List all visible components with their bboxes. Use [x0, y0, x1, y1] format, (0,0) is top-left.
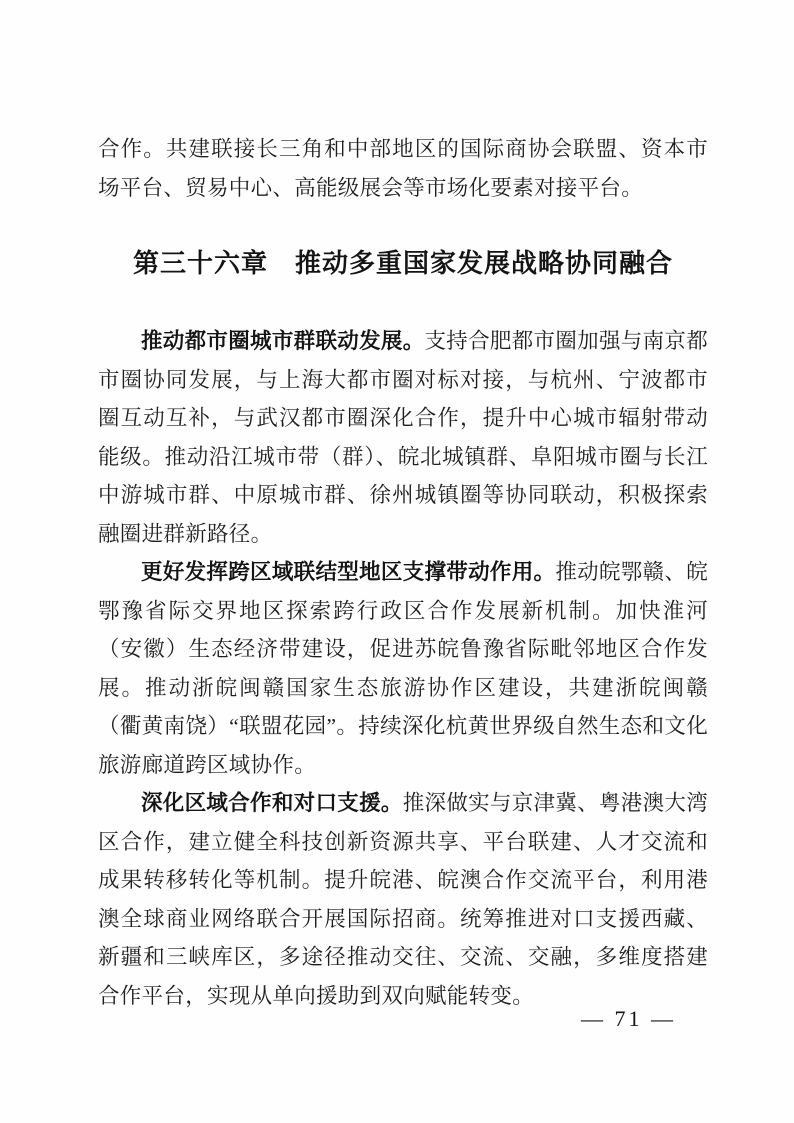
paragraph-cross-region: 更好发挥跨区域联结型地区支撑带动作用。推动皖鄂赣、皖鄂豫省际交界地区探索跨行政区… — [98, 553, 708, 784]
paragraph-metro-circles-text: 支持合肥都市圈加强与南京都市圈协同发展，与上海大都市圈对标对接，与杭州、宁波都市… — [98, 329, 708, 546]
content-area: 合作。共建联接长三角和中部地区的国际商协会联盟、资本市场平台、贸易中心、高能级展… — [98, 130, 708, 1015]
paragraph-cooperation-support-lead: 深化区域合作和对口支援。 — [141, 791, 403, 815]
chapter-heading: 第三十六章 推动多重国家发展战略协同融合 — [98, 242, 708, 284]
chapter-body: 推动都市圈城市群联动发展。支持合肥都市圈加强与南京都市圈协同发展，与上海大都市圈… — [98, 322, 708, 1015]
paragraph-cooperation-support-text: 推深做实与京津冀、粤港澳大湾区合作，建立健全科技创新资源共享、平台联建、人才交流… — [98, 791, 708, 1008]
continuation-paragraph: 合作。共建联接长三角和中部地区的国际商协会联盟、资本市场平台、贸易中心、高能级展… — [98, 130, 708, 207]
page-number: — 71 — — [581, 1006, 676, 1032]
paragraph-cross-region-lead: 更好发挥跨区域联结型地区支撑带动作用。 — [141, 560, 555, 584]
document-page: 合作。共建联接长三角和中部地区的国际商协会联盟、资本市场平台、贸易中心、高能级展… — [0, 0, 794, 1123]
paragraph-cooperation-support: 深化区域合作和对口支援。推深做实与京津冀、粤港澳大湾区合作，建立健全科技创新资源… — [98, 784, 708, 1015]
paragraph-cross-region-text: 推动皖鄂赣、皖鄂豫省际交界地区探索跨行政区合作发展新机制。加快淮河（安徽）生态经… — [98, 560, 708, 777]
paragraph-metro-circles: 推动都市圈城市群联动发展。支持合肥都市圈加强与南京都市圈协同发展，与上海大都市圈… — [98, 322, 708, 553]
paragraph-metro-circles-lead: 推动都市圈城市群联动发展。 — [141, 329, 425, 353]
